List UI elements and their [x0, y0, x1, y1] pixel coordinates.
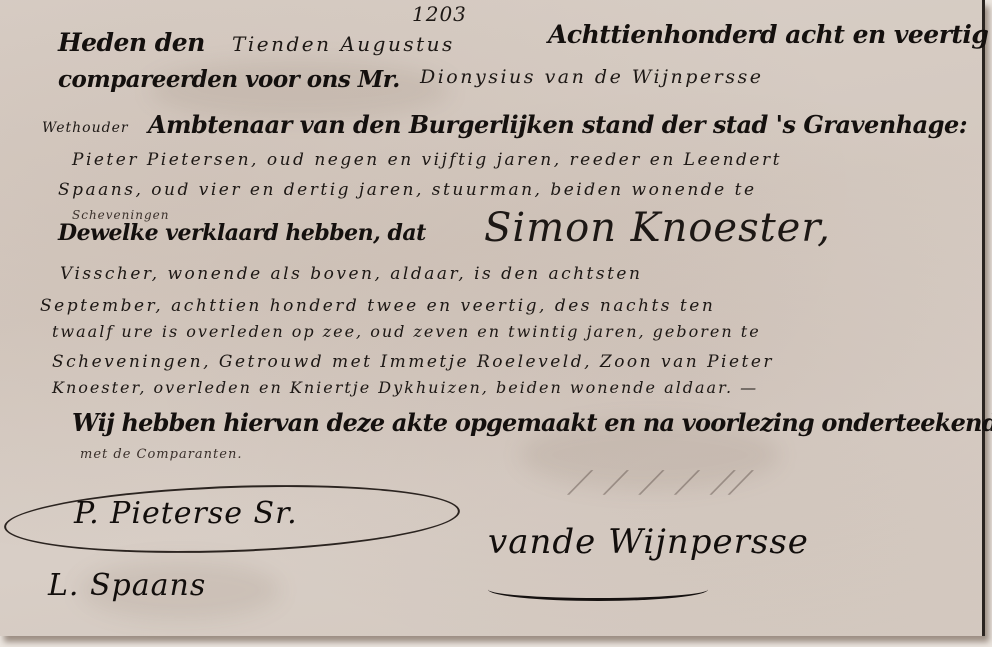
signature-official: vande Wijnpersse: [488, 522, 809, 562]
written-witness-1: Pieter Pietersen, oud negen en vijftig j…: [72, 150, 782, 170]
written-witness-2: Spaans, oud vier en dertig jaren, stuurm…: [58, 180, 757, 200]
printed-dewelke: Dewelke verklaard hebben, dat: [58, 220, 426, 246]
printed-compareerden: compareerden voor ons Mr.: [58, 66, 400, 93]
written-wethouder: Wethouder: [42, 120, 129, 136]
written-official-name: Dionysius van de Wijnpersse: [420, 66, 764, 88]
record-number: 1203: [412, 2, 467, 26]
signature-spaans: L. Spaans: [48, 568, 206, 603]
signature-pieterse: P. Pieterse Sr.: [74, 496, 298, 531]
written-parents: Knoester, overleden en Kniertje Dykhuize…: [52, 378, 758, 397]
bleed-through-marks: / / / / //: [567, 465, 762, 500]
written-death-details: twaalf ure is overleden op zee, oud zeve…: [52, 322, 761, 341]
printed-year: Achttienhonderd acht en veertig: [548, 20, 988, 49]
printed-closing: Wij hebben hiervan deze akte opgemaakt e…: [72, 408, 992, 437]
document-scan: 1203 Heden den Tienden Augustus Achttien…: [0, 0, 985, 636]
deceased-name: Simon Knoester,: [484, 205, 831, 251]
written-date: Tienden Augustus: [232, 32, 455, 56]
printed-ambtenaar: Ambtenaar van den Burgerlijken stand der…: [148, 110, 967, 139]
printed-heden-den: Heden den: [58, 28, 205, 57]
signature-underline-flourish: [488, 578, 708, 601]
written-occupation: Visscher, wonende als boven, aldaar, is …: [60, 264, 642, 284]
written-comparanten: met de Comparanten.: [80, 447, 242, 462]
written-death-date: September, achttien honderd twee en veer…: [40, 296, 715, 316]
written-spouse: Scheveningen, Getrouwd met Immetje Roele…: [52, 352, 774, 372]
